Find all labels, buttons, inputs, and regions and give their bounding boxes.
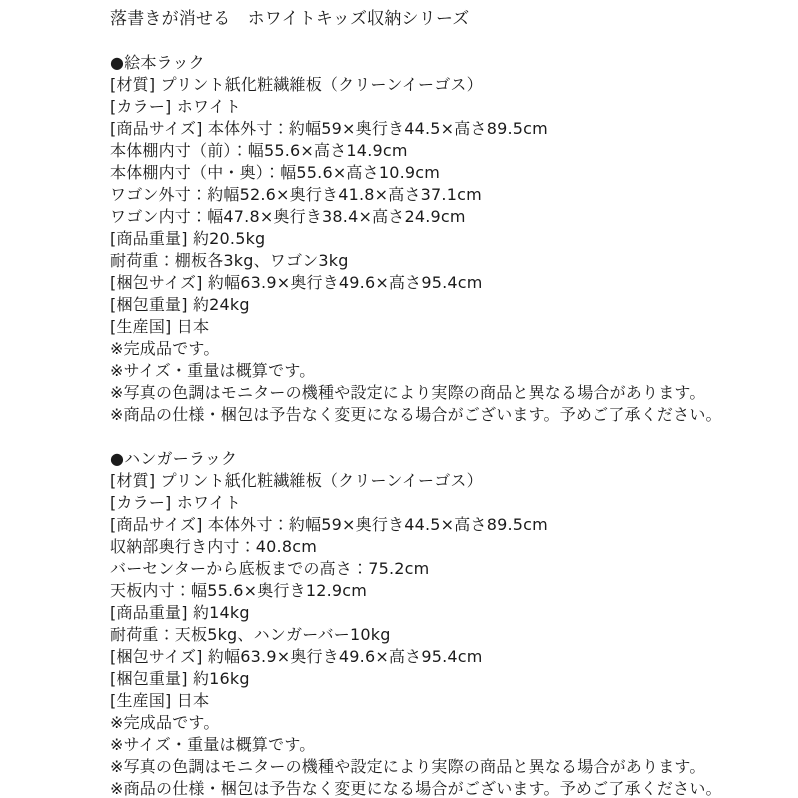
spec-line-top-board-inner: 天板内寸：幅55.6×奥行き12.9cm — [110, 580, 798, 602]
spec-line-package-size: [梱包サイズ] 約幅63.9×奥行き49.6×高さ95.4cm — [110, 646, 798, 668]
spec-line-material: [材質] プリント紙化粧繊維板（クリーンイーゴス） — [110, 470, 798, 492]
series-title: 落書きが消せる ホワイトキッズ収納シリーズ — [110, 8, 798, 30]
spec-line-color: [カラー] ホワイト — [110, 492, 798, 514]
note-line-monitor: ※写真の色調はモニターの機種や設定により実際の商品と異なる場合があります。 — [110, 756, 798, 778]
spec-line-wagon-outer: ワゴン外寸：約幅52.6×奥行き41.8×高さ37.1cm — [110, 184, 798, 206]
spec-line-product-weight: [商品重量] 約14kg — [110, 602, 798, 624]
spec-line-package-weight: [梱包重量] 約16kg — [110, 668, 798, 690]
spec-line-color: [カラー] ホワイト — [110, 96, 798, 118]
blank-line — [110, 426, 798, 448]
note-line-changes: ※商品の仕様・梱包は予告なく変更になる場合がございます。予めご了承ください。 — [110, 778, 798, 798]
note-line-changes: ※商品の仕様・梱包は予告なく変更になる場合がございます。予めご了承ください。 — [110, 404, 798, 426]
note-line-assembled: ※完成品です。 — [110, 712, 798, 734]
spec-line-storage-depth: 収納部奥行き内寸：40.8cm — [110, 536, 798, 558]
spec-line-load-capacity: 耐荷重：天板5kg、ハンガーバー10kg — [110, 624, 798, 646]
spec-line-country: [生産国] 日本 — [110, 690, 798, 712]
blank-line — [110, 30, 798, 52]
spec-line-product-size: [商品サイズ] 本体外寸：約幅59×奥行き44.5×高さ89.5cm — [110, 118, 798, 140]
note-line-monitor: ※写真の色調はモニターの機種や設定により実際の商品と異なる場合があります。 — [110, 382, 798, 404]
spec-line-wagon-inner: ワゴン内寸：幅47.8×奥行き38.4×高さ24.9cm — [110, 206, 798, 228]
note-line-assembled: ※完成品です。 — [110, 338, 798, 360]
spec-line-load-capacity: 耐荷重：棚板各3kg、ワゴン3kg — [110, 250, 798, 272]
spec-content: 落書きが消せる ホワイトキッズ収納シリーズ ●絵本ラック [材質] プリント紙化… — [0, 0, 798, 798]
section-heading-hanger-rack: ●ハンガーラック — [110, 448, 798, 470]
spec-line-bar-height: バーセンターから底板までの高さ：75.2cm — [110, 558, 798, 580]
spec-line-package-size: [梱包サイズ] 約幅63.9×奥行き49.6×高さ95.4cm — [110, 272, 798, 294]
spec-line-shelf-inner-mid-back: 本体棚内寸（中・奥）：幅55.6×高さ10.9cm — [110, 162, 798, 184]
section-heading-ehon-rack: ●絵本ラック — [110, 52, 798, 74]
spec-line-package-weight: [梱包重量] 約24kg — [110, 294, 798, 316]
product-spec-document: 落書きが消せる ホワイトキッズ収納シリーズ ●絵本ラック [材質] プリント紙化… — [0, 0, 798, 798]
spec-line-material: [材質] プリント紙化粧繊維板（クリーンイーゴス） — [110, 74, 798, 96]
spec-line-product-size: [商品サイズ] 本体外寸：約幅59×奥行き44.5×高さ89.5cm — [110, 514, 798, 536]
spec-line-shelf-inner-front: 本体棚内寸（前）：幅55.6×高さ14.9cm — [110, 140, 798, 162]
note-line-approx: ※サイズ・重量は概算です。 — [110, 734, 798, 756]
note-line-approx: ※サイズ・重量は概算です。 — [110, 360, 798, 382]
spec-line-product-weight: [商品重量] 約20.5kg — [110, 228, 798, 250]
spec-line-country: [生産国] 日本 — [110, 316, 798, 338]
